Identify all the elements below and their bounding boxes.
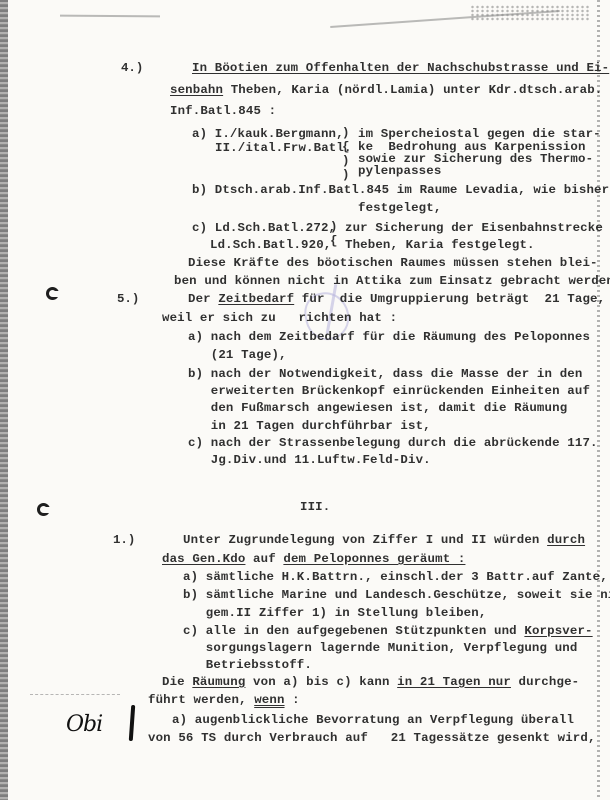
- section3-paragraph-2: führt werden, wenn :: [148, 693, 300, 707]
- document-page: 4.) In Böotien zum Offenhalten der Nachs…: [0, 0, 610, 800]
- section5-item: b) nach der Notwendigkeit, dass die Mass…: [188, 367, 582, 381]
- section4-line-2: senbahn Theben, Karia (nördl.Lamia) unte…: [170, 83, 602, 97]
- brace: ) {: [330, 220, 337, 248]
- section4-line-1: In Böotien zum Offenhalten der Nachschub…: [192, 61, 609, 75]
- scan-smudge: [60, 15, 160, 18]
- section5-line-2: weil er sich zu richten hat :: [162, 311, 397, 325]
- item-a-text-1: im Spercheiostal gegen die star-: [358, 127, 601, 141]
- item-b-text-2: festgelegt,: [358, 201, 441, 215]
- section3-item: Betriebsstoff.: [183, 658, 312, 672]
- handwritten-stroke: [129, 705, 136, 741]
- section5-line-1: Der Zeitbedarf für die Umgruppierung bet…: [188, 292, 605, 306]
- section3-1-line-2: das Gen.Kdo auf dem Peloponnes geräumt :: [162, 552, 465, 566]
- item-c-text-2: Theben, Karia festgelegt.: [345, 238, 535, 252]
- section5-item: in 21 Tagen durchführbar ist,: [188, 419, 431, 433]
- scan-edge-right: [597, 0, 600, 800]
- section5-item: Jg.Div.und 11.Luftw.Feld-Div.: [188, 453, 431, 467]
- handwritten-note: Obi: [66, 712, 102, 737]
- section3-item: gem.II Ziffer 1) in Stellung bleiben,: [183, 606, 486, 620]
- condition-a: a) augenblickliche Bevorratung an Verpfl…: [172, 713, 574, 727]
- section3-item: sorgungslagern lagernde Munition, Verpfl…: [183, 641, 577, 655]
- section4-closing-1: Diese Kräfte des böotischen Raumes müsse…: [188, 256, 598, 270]
- punch-hole-icon: [46, 287, 59, 300]
- section3-paragraph-1: Die Räumung von a) bis c) kann in 21 Tag…: [162, 675, 579, 689]
- section3-item: b) sämtliche Marine und Landesch.Geschüt…: [183, 588, 610, 602]
- scan-smudge: [470, 5, 590, 21]
- item-c-label-2: Ld.Sch.Batl.920,: [210, 238, 331, 252]
- item-c-label: c) Ld.Sch.Batl.272,: [192, 221, 336, 235]
- brace: ) { ) ): [342, 126, 349, 182]
- section5-item: erweiterten Brückenkopf einrückenden Ein…: [188, 384, 590, 398]
- scan-edge-left: [0, 0, 8, 800]
- section-number: 1.): [113, 533, 135, 547]
- item-a-label-2: II./ital.Frw.Batl.: [215, 141, 352, 155]
- section4-line-3: Inf.Batl.845 :: [170, 104, 276, 118]
- item-b-text: b) Dtsch.arab.Inf.Batl.845 im Raume Leva…: [192, 183, 609, 197]
- section-number: 4.): [121, 61, 143, 75]
- section-number: 5.): [117, 292, 139, 306]
- section3-item-c: c) alle in den aufgegebenen Stützpunkten…: [183, 624, 593, 638]
- section3-item: a) sämtliche H.K.Battrn., einschl.der 3 …: [183, 570, 608, 584]
- section4-closing-2: ben und können nicht in Attika zum Einsa…: [174, 274, 610, 288]
- condition-a-2: von 56 TS durch Verbrauch auf 21 Tagessä…: [148, 731, 596, 745]
- punch-hole-icon: [37, 503, 50, 516]
- item-c-text: zur Sicherung der Eisenbahnstrecke: [345, 221, 603, 235]
- section5-item: c) nach der Strassenbelegung durch die a…: [188, 436, 598, 450]
- section5-item: a) nach dem Zeitbedarf für die Räumung d…: [188, 330, 590, 344]
- section5-item: (21 Tage),: [188, 348, 287, 362]
- section5-item: den Fußmarsch angewiesen ist, damit die …: [188, 401, 567, 415]
- item-a-label: a) I./kauk.Bergmann,: [192, 127, 344, 141]
- section3-1-line-1: Unter Zugrundelegung von Ziffer I und II…: [183, 533, 585, 547]
- section-heading: III.: [300, 500, 330, 514]
- scan-dash: [30, 694, 120, 695]
- item-a-text-4: pylenpasses: [358, 164, 441, 178]
